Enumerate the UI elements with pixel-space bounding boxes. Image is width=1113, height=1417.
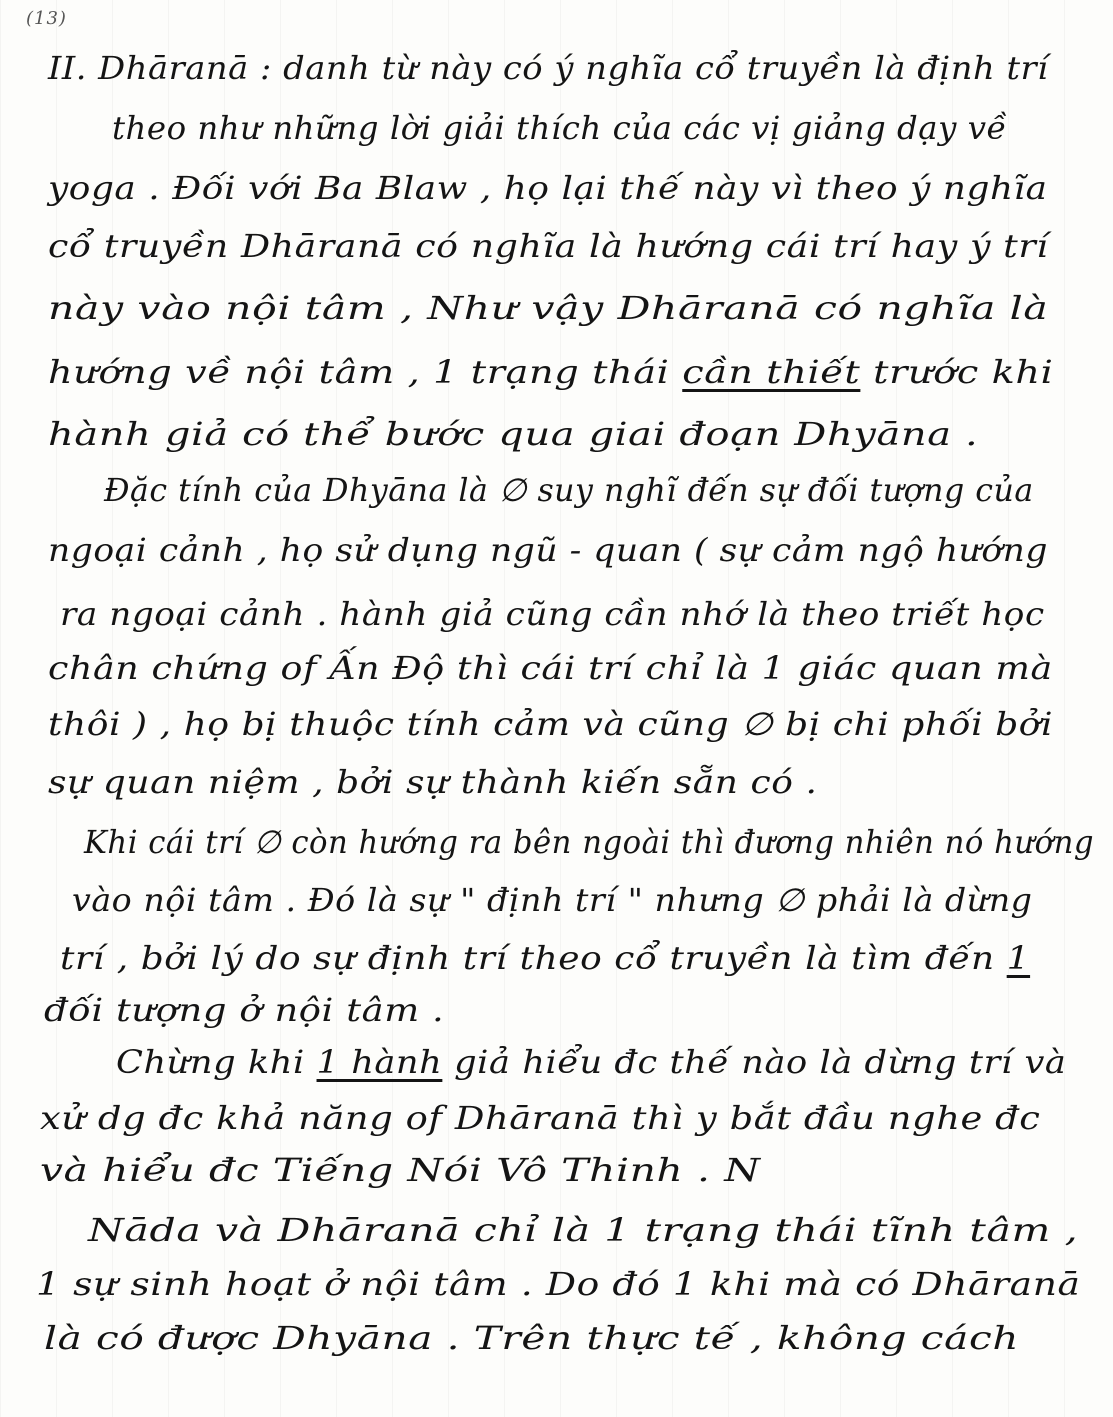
handwritten-line: và hiểu đc Tiếng Nói Vô Thinh . N (40, 1150, 761, 1190)
line-text: trí , bởi lý do sự định trí theo cổ truy… (60, 939, 1007, 977)
handwritten-line: thôi ) , họ bị thuộc tính cảm và cũng ∅ … (48, 704, 1053, 744)
line-text: II. Dhāranā : danh từ này có ý nghĩa cổ … (48, 49, 1048, 87)
handwritten-line: ngoại cảnh , họ sử dụng ngũ - quan ( sự … (48, 530, 1048, 570)
line-text: theo như những lời giải thích của các vị… (112, 109, 1007, 147)
handwritten-line: Nāda và Dhāranā chỉ là 1 trạng thái tĩnh… (88, 1210, 1078, 1250)
handwritten-line: hướng về nội tâm , 1 trạng thái cần thiế… (48, 352, 1053, 392)
handwritten-line: Chừng khi 1 hành giả hiểu đc thế nào là … (116, 1042, 1066, 1082)
line-text: ra ngoại cảnh . hành giả cũng cần nhớ là… (60, 595, 1045, 633)
handwritten-line: cổ truyền Dhāranā có nghĩa là hướng cái … (48, 226, 1048, 266)
line-text: giả hiểu đc thế nào là dừng trí và (442, 1043, 1066, 1081)
line-text: 1 sự sinh hoạt ở nội tâm . Do đó 1 khi m… (36, 1265, 1081, 1303)
handwritten-line: ra ngoại cảnh . hành giả cũng cần nhớ là… (60, 594, 1045, 634)
handwritten-line: yoga . Đối với Ba Blaw , họ lại thế này … (48, 168, 1048, 208)
handwritten-page: (13) II. Dhāranā : danh từ này có ý nghĩ… (0, 0, 1113, 1417)
line-text: Nāda và Dhāranā chỉ là 1 trạng thái tĩnh… (88, 1211, 1078, 1249)
line-text: này vào nội tâm , Như vậy Dhāranā có ngh… (48, 289, 1048, 327)
handwritten-line: sự quan niệm , bởi sự thành kiến sẵn có … (48, 762, 817, 802)
line-text: trước khi (860, 353, 1053, 391)
handwritten-line: trí , bởi lý do sự định trí theo cổ truy… (60, 938, 1030, 978)
line-text: Đặc tính của Dhyāna là ∅ suy nghĩ đến sự… (104, 471, 1034, 509)
underlined-emphasis: 1 hành (317, 1043, 443, 1081)
line-text: xử dg đc khả năng of Dhāranā thì y bắt đ… (40, 1099, 1040, 1137)
handwritten-line: 1 sự sinh hoạt ở nội tâm . Do đó 1 khi m… (36, 1264, 1081, 1304)
handwritten-line: chân chứng of Ấn Độ thì cái trí chỉ là 1… (48, 648, 1053, 688)
line-text: chân chứng of Ấn Độ thì cái trí chỉ là 1… (48, 649, 1053, 687)
handwritten-line: II. Dhāranā : danh từ này có ý nghĩa cổ … (48, 48, 1048, 88)
handwritten-line: theo như những lời giải thích của các vị… (112, 108, 1007, 148)
line-text: cổ truyền Dhāranā có nghĩa là hướng cái … (48, 227, 1048, 265)
handwritten-line: là có được Dhyāna . Trên thực tế , không… (44, 1318, 1019, 1358)
line-text: yoga . Đối với Ba Blaw , họ lại thế này … (48, 169, 1048, 207)
line-text: và hiểu đc Tiếng Nói Vô Thinh . N (40, 1151, 761, 1189)
line-text: Chừng khi (116, 1043, 317, 1081)
underlined-emphasis: cần thiết (682, 353, 860, 391)
line-text: vào nội tâm . Đó là sự " định trí " nhưn… (72, 881, 1032, 919)
handwritten-line: đối tượng ở nội tâm . (44, 990, 444, 1030)
line-text: hướng về nội tâm , 1 trạng thái (48, 353, 682, 391)
line-text: ngoại cảnh , họ sử dụng ngũ - quan ( sự … (48, 531, 1048, 569)
line-text: Khi cái trí ∅ còn hướng ra bên ngoài thì… (84, 823, 1094, 861)
underlined-emphasis: 1 (1007, 939, 1030, 977)
line-text: là có được Dhyāna . Trên thực tế , không… (44, 1319, 1019, 1357)
handwritten-line: này vào nội tâm , Như vậy Dhāranā có ngh… (48, 288, 1048, 328)
handwritten-line: Đặc tính của Dhyāna là ∅ suy nghĩ đến sự… (104, 470, 1034, 510)
handwritten-line: Khi cái trí ∅ còn hướng ra bên ngoài thì… (84, 822, 1094, 862)
handwritten-line: xử dg đc khả năng of Dhāranā thì y bắt đ… (40, 1098, 1040, 1138)
line-text: hành giả có thể bước qua giai đoạn Dhyān… (48, 415, 978, 453)
page-number: (13) (26, 8, 67, 29)
handwritten-line: vào nội tâm . Đó là sự " định trí " nhưn… (72, 880, 1032, 920)
handwritten-line: hành giả có thể bước qua giai đoạn Dhyān… (48, 414, 978, 454)
line-text: đối tượng ở nội tâm . (44, 991, 444, 1029)
line-text: sự quan niệm , bởi sự thành kiến sẵn có … (48, 763, 817, 801)
line-text: thôi ) , họ bị thuộc tính cảm và cũng ∅ … (48, 705, 1053, 743)
